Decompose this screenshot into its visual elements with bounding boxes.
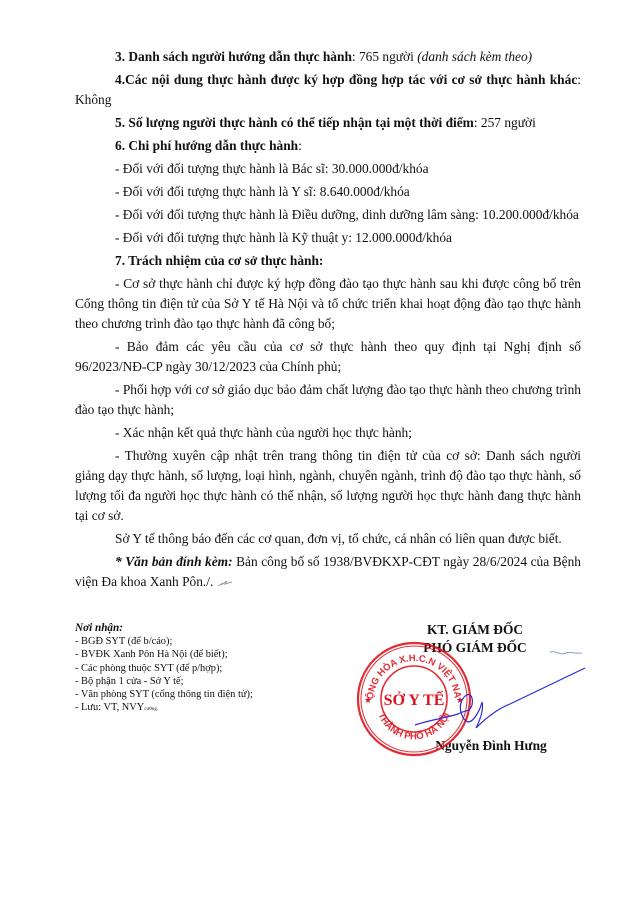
section-6-heading: 6. Chi phí hướng dẫn thực hành	[115, 138, 298, 153]
recipient-item: - Lưu: VT, NVYcường.	[75, 701, 335, 716]
recipients-title: Nơi nhận:	[75, 622, 335, 635]
responsibility-item: - Phối hợp với cơ sở giáo dục bảo đảm ch…	[75, 380, 581, 420]
section-7-heading: 7. Trách nhiệm của cơ sở thực hành:	[75, 251, 581, 271]
section-5-value: : 257 người	[474, 115, 536, 130]
attachment-line: * Văn bản đính kèm: Bản công bố số 1938/…	[75, 552, 581, 592]
responsibility-item: - Xác nhận kết quả thực hành của người h…	[75, 423, 581, 443]
cost-item: - Đối với đối tượng thực hành là Kỹ thuậ…	[75, 228, 581, 248]
recipient-item: - Bộ phận 1 cửa - Sở Y tế;	[75, 675, 335, 688]
section-3-value: : 765 người	[352, 49, 417, 64]
section-4-heading: 4.Các nội dung thực hành được ký hợp đồn…	[115, 72, 577, 87]
section-5-heading: 5. Số lượng người thực hành có thể tiếp …	[115, 115, 474, 130]
section-6-suffix: :	[298, 138, 302, 153]
cost-item: - Đối với đối tượng thực hành là Bác sĩ:…	[75, 159, 581, 179]
section-4: 4.Các nội dung thực hành được ký hợp đồn…	[75, 70, 581, 110]
document-page: 3. Danh sách người hướng dẫn thực hành: …	[0, 0, 635, 900]
handwritten-signature-icon	[410, 650, 590, 740]
attachment-label: * Văn bản đính kèm:	[115, 554, 233, 569]
cost-item: - Đối với đối tượng thực hành là Y sĩ: 8…	[75, 182, 581, 202]
section-3-heading: 3. Danh sách người hướng dẫn thực hành	[115, 49, 352, 64]
recipient-item: - Văn phòng SYT (cổng thông tin điện tử)…	[75, 688, 335, 701]
section-3-note: (danh sách kèm theo)	[417, 49, 532, 64]
recipient-item: - BVĐK Xanh Pôn Hà Nội (để biết);	[75, 648, 335, 661]
recipient-item: - BGĐ SYT (để b/cáo);	[75, 635, 335, 648]
svg-text:★: ★	[364, 695, 372, 705]
signer-role-line1: KT. GIÁM ĐỐC	[370, 621, 580, 639]
recipient-item: - Các phòng thuộc SYT (để p/hợp);	[75, 662, 335, 675]
notice-text: Sở Y tế thông báo đến các cơ quan, đơn v…	[75, 529, 581, 549]
section-6-heading-line: 6. Chi phí hướng dẫn thực hành:	[75, 136, 581, 156]
responsibility-item: - Cơ sở thực hành chỉ được ký hợp đồng đ…	[75, 274, 581, 334]
recipients-block: Nơi nhận: - BGĐ SYT (để b/cáo); - BVĐK X…	[75, 622, 335, 716]
recipient-archive-initials: cường.	[144, 707, 158, 712]
initial-mark-icon	[217, 579, 233, 587]
responsibility-item: - Thường xuyên cập nhật trên trang thông…	[75, 446, 581, 526]
cost-item: - Đối với đối tượng thực hành là Điều dư…	[75, 205, 581, 225]
recipient-archive: - Lưu: VT, NVY	[75, 702, 144, 713]
section-3: 3. Danh sách người hướng dẫn thực hành: …	[75, 47, 581, 67]
section-5: 5. Số lượng người thực hành có thể tiếp …	[75, 113, 581, 133]
responsibility-item: - Bảo đảm các yêu cầu của cơ sở thực hàn…	[75, 337, 581, 377]
document-body: 3. Danh sách người hướng dẫn thực hành: …	[75, 47, 581, 595]
